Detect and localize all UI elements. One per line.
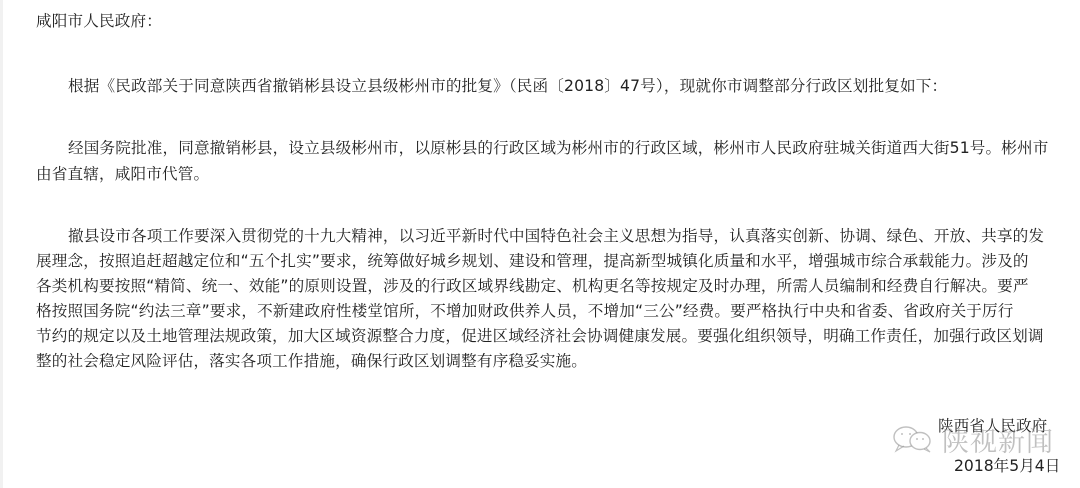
paragraph-3-line-3: 各类机构要按照“精简、统一、效能”的原则设置，涉及的行政区域界线勘定、机构更名等… xyxy=(36,276,1029,296)
paragraph-2-line-1: 经国务院批准，同意撤销彬县，设立县级彬州市，以原彬县的行政区域为彬州市的行政区域… xyxy=(68,138,1049,158)
issuer-signature: 陕西省人民政府 xyxy=(938,414,1047,436)
paragraph-3-line-1: 撤县设市各项工作要深入贯彻党的十九大精神，以习近平新时代中国特色社会主义思想为指… xyxy=(68,226,1044,246)
paragraph-2-line-2: 由省直辖，咸阳市代管。 xyxy=(36,164,209,184)
issue-date: 2018年5月4日 xyxy=(954,454,1060,476)
paragraph-3-line-6: 整的社会稳定风险评估，落实各项工作措施，确保行政区划调整有序稳妥实施。 xyxy=(36,351,587,371)
salutation: 咸阳市人民政府： xyxy=(36,11,162,31)
paragraph-3-line-4: 格按照国务院“约法三章”要求，不新建政府性楼堂馆所，不增加财政供养人员，不增加“… xyxy=(36,301,1014,321)
paragraph-3-line-2: 展理念，按照追赶超越定位和“五个扎实”要求，统筹做好城乡规划、建设和管理，提高新… xyxy=(36,251,1029,271)
wechat-icon xyxy=(890,424,938,454)
paragraph-3-line-5: 节约的规定以及土地管理法规政策，加大区域资源整合力度，促进区域经济社会协调健康发… xyxy=(36,326,1044,346)
paragraph-1-line-1: 根据《民政部关于同意陕西省撤销彬县设立县级彬州市的批复》（民函〔2018〕47号… xyxy=(68,76,947,96)
left-border-strip xyxy=(0,0,3,488)
